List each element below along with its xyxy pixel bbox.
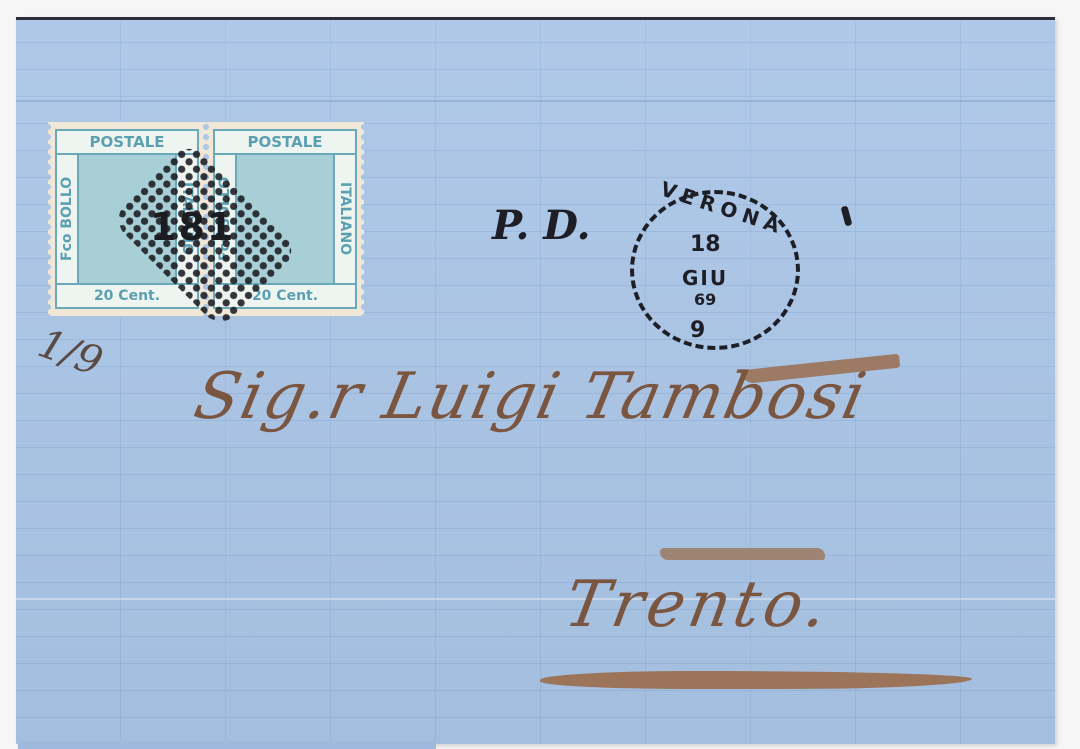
stamp-value-text: 20 Cent. — [57, 283, 197, 307]
pd-handstamp: P. D. — [492, 202, 591, 249]
fold-line — [16, 100, 1055, 102]
postmark-time: 9 — [690, 318, 719, 343]
stamp-top-text: POSTALE — [215, 131, 355, 155]
addressee-name: Sig.r Luigi Tambosi — [188, 360, 874, 434]
postmark-day: 18 — [690, 232, 721, 257]
cancellation-number: 181 — [150, 205, 235, 249]
fold-line — [16, 598, 1055, 600]
ink-flourish — [660, 548, 825, 560]
underlying-sheet-edge — [18, 741, 436, 749]
postmark-month: GIU — [682, 266, 728, 290]
ink-underline — [540, 671, 972, 689]
destination-city: Trento. — [559, 568, 836, 642]
stamp-right-text: ITALIANO — [333, 155, 355, 283]
stamp-left-text: Fco BOLLO — [57, 155, 79, 283]
postmark-year: 69 — [694, 290, 716, 309]
